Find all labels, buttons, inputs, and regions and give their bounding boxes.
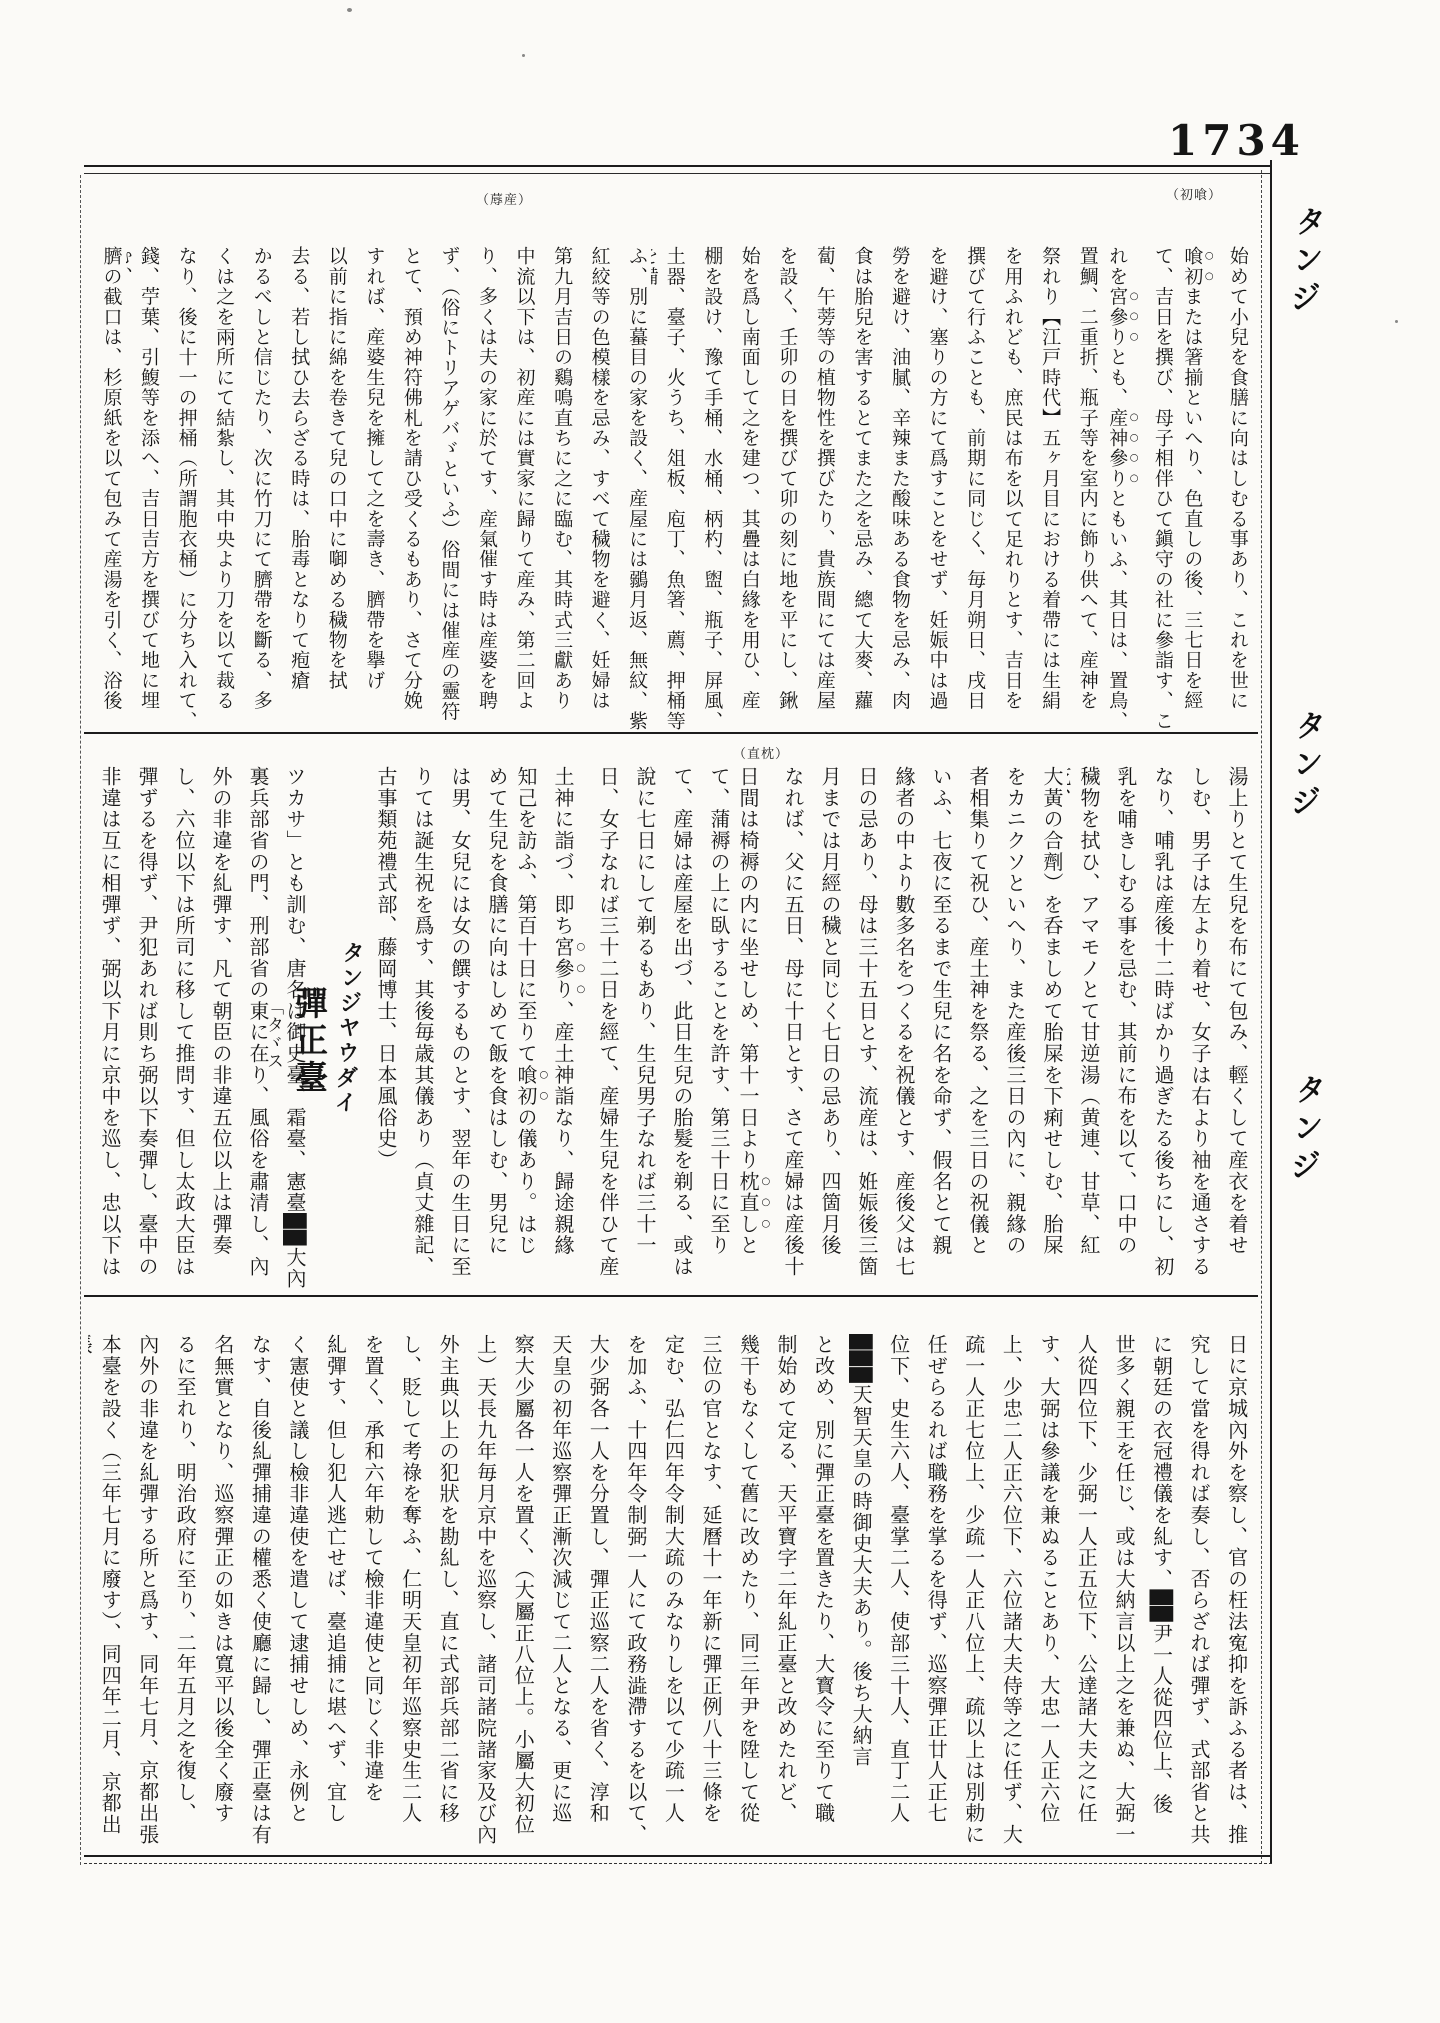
text-column: し、六位以下は所司に移して推問す、但し太政大臣は [162,766,199,1290]
text-column: 者相集りて祝ひ、産土神を祭る、之を三日の祝儀と [956,766,993,1290]
band-divider-rule-2 [84,1295,1258,1297]
text-column: 制始めて定る、天平寶字二年糺正臺と改めたれど、 [764,1334,801,1854]
text-column: 以前に指に綿を卷きて兒の口中に啣める穢物を拭 [313,246,351,732]
text-column: 臍の截口は、杉原紙を以て包みて産湯を引く、浴後 [88,246,126,732]
text-column: す、大弼は參議を兼ぬることあり、大忠一人正六位 [1027,1334,1064,1854]
text-column: 定む、弘仁四年令制大疏のみなりしを以て少疏一人 [651,1334,688,1854]
section-annotation-sanjoku: （蓐産） [476,189,532,208]
text-column: 說に七日にして剃るもあり、生兒男子なれば三十一 [623,766,660,1290]
text-column: は男、女兒には女の饌するものとす、翌年の生日に至 [438,766,475,1290]
text-column: 撰びて行ふことも、前期に同じく、毎月朔日、戌日 [952,246,990,732]
text-band-3: 日に京城內外を察し、官の枉法寃抑を訴ふる者は、推究して當を得れば奏し、否らざれば… [88,1334,1252,1854]
text-column: るに至れり、明治政府に至り、二年五月之を復し、 [163,1334,200,1854]
text-column: 三位の官となす、延曆十一年新に彈正例八十三條を [689,1334,726,1854]
text-column: 穢物を拭ひ、アマモノとて甘逆湯（黄連、甘草、紅花、 [1067,766,1104,1290]
left-border-dashed-line [80,175,81,1865]
text-column: 幾干もなくして舊に改めたり、同三年尹を陞して從 [726,1334,763,1854]
text-column: 本臺を設く（三年七月に廢す）、同四年二月、京都出張 [88,1334,125,1854]
text-column: なれば、父に五日、母に十日とす、さて産婦は産後十 [771,766,808,1290]
text-column: ███天智天皇の時御史大夫あり。後ち大納言 [839,1334,876,1854]
entry-headword-kanji: 彈正臺 [286,986,333,1097]
text-column: 位下、史生六人、臺掌二人、使部三十人、直丁二人 [876,1334,913,1854]
text-column: 非違は互に相彈ず、弼以下月に京中を巡し、忠以下は [88,766,125,1290]
text-column: 究して當を得れば奏し、否らざれば彈ず、式部省と共 [1177,1334,1214,1854]
text-column: 蔔、午蒡等の植物性を撰びたり、貴族間にては産屋 [801,246,839,732]
text-column: 天皇の初年巡察彈正漸次減じて二人となる、更に巡 [539,1334,576,1854]
text-column: くは之を兩所にて結紮し、其中央より刀を以て裁る [201,246,239,732]
text-column: 第九月吉日の鷄鳴直ちに之に臨む、其時式三獻あり [539,246,577,732]
right-border-dashed-line [1261,170,1262,1864]
text-column: をカニクソといへり、また産後三日の內に、親緣の [993,766,1030,1290]
text-column: 緣者の中より數多名をつくるを祝儀とす、産後父は七 [882,766,919,1290]
text-column: 察大少屬各一人を置く、（大屬正八位上。小屬大初位 [501,1334,538,1854]
text-column: 知己を訪ふ、第百十日に至りて喰初の儀あり。はじ [512,766,549,1290]
text-column: 月までは月經の穢と同じく七日の忌あり、四箇月後 [808,766,845,1290]
text-column: 任ぜらるれば職務を掌るを得ず、巡察彈正廿人正七 [914,1334,951,1854]
text-column: と改め、別に彈正臺を置きたり、大寳令に至りて職 [801,1334,838,1854]
text-column: 人從四位下、少弼一人正五位下、公達諸大夫之に任 [1064,1334,1101,1854]
text-column: を避け、塞りの方にて爲すことをせず、妊娠中は過 [914,246,952,732]
text-column: 紅絞等の色模樣を忌み、すべて穢物を避く、妊婦は [576,246,614,732]
text-column: 食は胎兒を害するとてまた之を忌み、總て大麥、蘿 [839,246,877,732]
text-column: 外主典以上の犯狀を勘糺し、直に式部兵部二省に移 [426,1334,463,1854]
text-column: を置く、承和六年勅して檢非違使と同じく非違を [351,1334,388,1854]
text-column: りては誕生祝を爲す、其後毎歳其儀あり（貞丈雜記、 [401,766,438,1290]
text-column: に朝廷の衣冠禮儀を糺す、██尹一人從四位上、後 [1139,1334,1176,1854]
text-column: り、多くは夫の家に於てす、産氣催す時は産婆を聘 [463,246,501,732]
text-column: 大少弼各一人を分置し、彈正巡察二人を省く、淳和 [576,1334,613,1854]
text-column: とて、預め神符佛札を請ひ受くるもあり、さて分娩 [388,246,426,732]
entry-heading-column: タンジヤウダイ 彈正臺 「タヾス [310,766,364,1290]
entry-headword-kana: タンジヤウダイ [328,939,368,1116]
text-column: 彈ずるを得ず、尹犯あれば則ち弼以下奏彈し、臺中の [125,766,162,1290]
text-column: かるべしと信じたり、次に竹刀にて臍帶を斷る、多 [238,246,276,732]
text-column: 上、少忠二人正六位下、六位諸大夫侍等之に任ず、大 [989,1334,1026,1854]
text-column: すれば、産婆生兒を擁して之を壽き、臍帶を擧げ [351,246,389,732]
text-column: 日の忌あり、母は三十五日とす、流産は、姙娠後三箇 [845,766,882,1290]
top-double-rule [84,165,1272,174]
text-column: 錢、苧葉、引鰒等を添へ、吉日吉方を撰びて地に埋む、 [126,246,164,732]
margin-guide-word-1: タンジ [1278,204,1330,323]
text-column: て、吉日を撰び、母子相伴ひて鎭守の社に參詣す、こ [1139,246,1177,732]
margin-guide-word-3: タンジ [1278,1072,1330,1191]
text-column: なす、自後糺彈捕違の權悉く使廳に歸し、彈正臺は有 [238,1334,275,1854]
text-column: を加ふ、十四年令制弼一人にて政務澁滯するを以て、 [614,1334,651,1854]
text-column: 土器、臺子、火うち、俎板、庖丁、魚箸、薦、押桶等を備 [651,246,689,732]
text-column: く憲使と議し檢非違使を遣して逮捕せしめ、永例と [276,1334,313,1854]
text-column: 疏一人正七位上、少疏一人正八位上、疏以上は別勅に [952,1334,989,1854]
text-column: 上）天長九年毎月京中を巡察し、諸司諸院諸家及び內 [463,1334,500,1854]
right-border-line [1270,160,1272,1864]
text-column: 日間は椅褥の内に坐せしめ、第十一日より枕直しと [734,766,771,1290]
text-column: 乳を哺きしむる事を忌む、其前に布を以て、口中の [1104,766,1141,1290]
text-column: 湯上りとて生兒を布にて包み、輕くして産衣を着せ [1215,766,1252,1290]
text-column: 古事類苑禮式部、藤岡博士、日本風俗史） [364,766,401,1290]
text-column: し、貶して考祿を奪ふ、仁明天皇初年巡察史生二人 [388,1334,425,1854]
band-divider-rule-1 [84,732,1258,734]
text-column: 喰初または箸揃といへり、色直しの後、三七日を經 [1177,246,1215,732]
text-column: て、蒲褥の上に臥することを許す、第三十日に至り [697,766,734,1290]
text-column: 勞を避け、油膩、辛辣また酸味ある食物を忌み、肉 [876,246,914,732]
text-column: 內外の非違を糺彈する所と爲す、同年七月、京都出張 [126,1334,163,1854]
text-band-2: 湯上りとて生兒を布にて包み、輕くして産衣を着せしむ、男子は左より着せ、女子は右よ… [88,766,1252,1290]
text-column: を設く、壬卯の日を撰びて卯の刻に地を平にし、鍬 [764,246,802,732]
entry-reading: 「タヾス [261,998,286,1070]
text-band-1: 始めて小兒を食膳に向はしむる事あり、これを世に喰初または箸揃といへり、色直しの後… [88,246,1252,732]
bottom-rule [84,1855,1272,1864]
text-column: 外の非違を糺彈す、凡て朝臣の非違五位以上は彈奏 [199,766,236,1290]
text-column: いふ、七夜に至るまで生兒に名を命ず、假名とて親 [919,766,956,1290]
text-column: ず、（俗にトリアゲバゞといふ）俗間には催産の靈符 [426,246,464,732]
text-column: 棚を設け、豫て手桶、水桶、柄杓、盥、瓶子、屏風、 [689,246,727,732]
text-column: 置鯛、二重折、瓶子等を室内に飾り供へて、産神を [1064,246,1102,732]
text-column: なり、後に十一の押桶（所謂胞衣桶）に分ち入れて、 [163,246,201,732]
page-number: 1734 [1168,116,1305,165]
text-column: を用ふれども、庶民は布を以て足れりとす、吉日を [989,246,1027,732]
scanned-dictionary-page: 1734 タンジ タンジ タンジ （初喰） （蓐産） （直枕） 始めて小兒を食膳… [0,0,1440,2023]
section-annotation-kuizome: （初喰） [1166,184,1222,203]
text-column: 世多く親王を任じ、或は大納言以上之を兼ぬ、大弼一 [1102,1334,1139,1854]
margin-guide-word-2: タンジ [1278,708,1330,827]
scan-speck [522,54,525,57]
text-column: 始めて小兒を食膳に向はしむる事あり、これを世に [1214,246,1252,732]
text-column: しむ、男子は左より着せ、女子は右より袖を通さする [1178,766,1215,1290]
text-column: 糺彈す、但し犯人逃亡せば、臺追捕に堪へず、宜し [313,1334,350,1854]
text-column: 中流以下は、初産には實家に歸りて産み、第二回よ [501,246,539,732]
text-column: て、産婦は産屋を出づ、此日生兒の胎髮を剃る、或は [660,766,697,1290]
text-column: 去る、若し拭ひ去らざる時は、胎毒となりて疱瘡 [276,246,314,732]
text-column: 始を爲し南面して之を建つ、其疊は白緣を用ひ、産 [726,246,764,732]
text-column: なり、哺乳は産後十二時ばかり過ぎたる後ちにし、初 [1141,766,1178,1290]
text-column: 日、女子なれば三十二日を經て、産婦生兒を伴ひて産 [586,766,623,1290]
text-column: 大黃の合劑）を呑ましめて胎屎を下痢せしむ、胎屎 [1030,766,1067,1290]
text-column: ふ、別に蟇目の家を設く、産屋には鶸月返、無紋、紫 [614,246,652,732]
section-annotation-makuranaoshi: （直枕） [733,743,789,762]
text-column: 土神に詣づ、即ち宮參り、産土神詣なり、歸途親緣 [549,766,586,1290]
text-column: 名無實となり、巡察彈正の如きは寬平以後全く廢す [201,1334,238,1854]
scan-speck [1395,320,1398,323]
text-column: 日に京城內外を察し、官の枉法寃抑を訴ふる者は、推 [1214,1334,1251,1854]
text-column: めて生兒を食膳に向はしめて飯を食はしむ、男兒に [475,766,512,1290]
text-column: れを宮參りとも、産神參りともいふ、其日は、置鳥、 [1102,246,1140,732]
text-column: 祭れり【江戸時代】五ヶ月目における着帶には生絹 [1027,246,1065,732]
scan-speck [347,8,352,12]
